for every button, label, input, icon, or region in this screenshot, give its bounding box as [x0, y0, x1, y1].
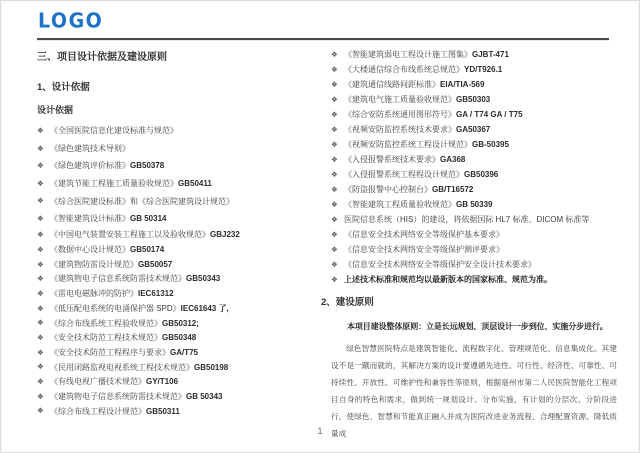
- list-item-text: 《绿色建筑评价标准》: [50, 160, 130, 171]
- list-item: ❖《安全技术防范工程技术规范》GB50348: [37, 330, 321, 345]
- logo: LOGO: [38, 9, 103, 33]
- standard-code: GA/T75: [170, 348, 198, 357]
- standard-code: IEC61312: [138, 289, 174, 298]
- list-item: ❖《视频安防监控系统工程设计规范》GB-50395: [331, 137, 617, 152]
- diamond-bullet-icon: ❖: [37, 393, 50, 401]
- diamond-bullet-icon: ❖: [331, 216, 344, 224]
- list-item-text: 《防盗报警中心控制台》: [344, 184, 432, 195]
- list-item-text: 《雷电电磁脉冲的防护》: [50, 288, 138, 299]
- diamond-bullet-icon: ❖: [37, 378, 50, 386]
- list-item: ❖《智能建筑设计标准》GB 50314: [37, 210, 321, 228]
- diamond-bullet-icon: ❖: [331, 156, 344, 164]
- section2-title: 2、建设原则: [321, 296, 617, 309]
- standard-code: GA368: [440, 155, 465, 164]
- diamond-bullet-icon: ❖: [331, 81, 344, 89]
- list-item: ❖上述技术标准和规范均以最新版本的国家标准、规范为准。: [331, 272, 617, 287]
- list-item: ❖《入侵报警系统技术要求》GA368: [331, 152, 617, 167]
- diamond-bullet-icon: ❖: [331, 111, 344, 119]
- list-item: ❖《低压配电系统的电涌保护器 SPD》IEC61643 了,: [37, 301, 321, 316]
- list-item-text: 《建筑物防雷设计规范》: [50, 259, 138, 270]
- list-item-text: 《有线电视广播技术规范》: [50, 376, 146, 387]
- list-item-text: 《智能建筑工程质量验收规范》: [344, 199, 456, 210]
- list-item-text: 《智能建筑设计标准》: [50, 213, 130, 224]
- diamond-bullet-icon: ❖: [37, 349, 50, 357]
- list-item: ❖《建筑节能工程施工质量验收规范》GB50411: [37, 175, 321, 193]
- list-item: ❖《入侵报警系统工程程设计规范》GB50396: [331, 167, 617, 182]
- standard-code: GB 50339: [456, 200, 492, 209]
- list-item-text: 《建筑节能工程施工质量验收规范》: [50, 178, 178, 189]
- diamond-bullet-icon: ❖: [331, 246, 344, 254]
- diamond-bullet-icon: ❖: [37, 363, 50, 371]
- list-item-text: 《信息安全技术网络安全等级保护基本要求》: [344, 229, 504, 240]
- diamond-bullet-icon: ❖: [37, 127, 50, 135]
- list-item: ❖《绿色建筑评价标准》GB50378: [37, 157, 321, 175]
- standard-code: GB-50395: [472, 140, 509, 149]
- list-item: ❖《民用闭路监视电视系统工程技术规范》GB50198: [37, 360, 321, 375]
- list-item: ❖《综合安防系统通用图形符号》GA / T74 GA / T75: [331, 107, 617, 122]
- standard-code: GB50174: [130, 245, 164, 254]
- standard-code: GB50411: [178, 179, 212, 188]
- standard-code: GJBT-471: [472, 50, 509, 59]
- diamond-bullet-icon: ❖: [37, 180, 50, 188]
- section-title: 三、项目设计依据及建设原则: [37, 51, 321, 64]
- standards-list-left: ❖《全国医院信息化建设标准与规范》❖《绿色建筑技术导则》❖《绿色建筑评价标准》G…: [37, 122, 321, 419]
- standard-code: GB 50343: [186, 392, 222, 401]
- standard-code: GB50303: [456, 95, 490, 104]
- list-item: ❖《综合布线系统工程验收规范》 GB50312;: [37, 316, 321, 331]
- diamond-bullet-icon: ❖: [331, 51, 344, 59]
- diamond-bullet-icon: ❖: [331, 96, 344, 104]
- list-item: ❖《信息安全技术网络安全等级保护测评要求》: [331, 242, 617, 257]
- list-item: ❖《建筑通信线路间距标准》 EIA/TIA-569: [331, 77, 617, 92]
- diamond-bullet-icon: ❖: [331, 171, 344, 179]
- list-item-text: 《低压配电系统的电涌保护器 SPD》: [50, 303, 181, 314]
- list-item-text: 《综合布线工程设计规范》: [50, 406, 146, 417]
- diamond-bullet-icon: ❖: [331, 141, 344, 149]
- list-item: ❖医院信息系统（HIS）的建设，将依据国际 HL7 标准、DICOM 标准等: [331, 212, 617, 227]
- list-item: ❖《综合医院建设标准》和《综合医院建筑设计规范》: [37, 192, 321, 210]
- standard-code: IEC61643 了,: [181, 303, 229, 314]
- diamond-bullet-icon: ❖: [37, 145, 50, 153]
- standard-code: GB50348: [162, 333, 196, 342]
- diamond-bullet-icon: ❖: [37, 261, 50, 269]
- list-item: ❖《信息安全技术网络安全等级保护安全设计技术要求》: [331, 257, 617, 272]
- diamond-bullet-icon: ❖: [331, 126, 344, 134]
- list-item: ❖《建筑电气施工质量验收规范》 GB50303: [331, 92, 617, 107]
- standard-code: EIA/TIA-569: [440, 80, 484, 89]
- diamond-bullet-icon: ❖: [331, 276, 344, 284]
- list-item-text: 《综合安防系统通用图形符号》: [344, 109, 456, 120]
- document-page: LOGO 三、项目设计依据及建设原则 1、设计依据 设计依据 ❖《全国医院信息化…: [0, 0, 640, 453]
- standard-code: GB50198: [194, 363, 228, 372]
- list-item-text: 《民用闭路监视电视系统工程技术规范》: [50, 362, 194, 373]
- list-item-text: 《综合医院建设标准》和《综合医院建筑设计规范》: [50, 196, 234, 207]
- list-item-text: 《信息安全技术网络安全等级保护安全设计技术要求》: [344, 259, 536, 270]
- list-item: ❖《视频安防监控系统技术要求》GA50367: [331, 122, 617, 137]
- principle-paragraph: 本项目建设整体原则：立是长远规划、顶层设计一步到位、实施分步进行。: [331, 320, 617, 333]
- standard-code: GB50396: [464, 170, 498, 179]
- list-item: ❖《建筑物防雷设计规范》GB50057: [37, 257, 321, 272]
- list-item-text: 《全国医院信息化建设标准与规范》: [50, 125, 178, 136]
- diamond-bullet-icon: ❖: [331, 231, 344, 239]
- list-item: ❖《有线电视广播技术规范》GY/T106: [37, 374, 321, 389]
- right-column: ❖《智能建筑弱电工程设计施工图集》GJBT-471❖《大楼通信综合布线系统总规范…: [331, 42, 617, 442]
- list-item-text: 《安全技术防范工程程序与要求》: [50, 347, 170, 358]
- list-item: ❖《雷电电磁脉冲的防护》IEC61312: [37, 286, 321, 301]
- diamond-bullet-icon: ❖: [37, 275, 50, 283]
- list-item-text: 《视频安防监控系统工程设计规范》: [344, 139, 472, 150]
- list-item: ❖《安全技术防范工程程序与要求》GA/T75: [37, 345, 321, 360]
- standard-code: YD/T926.1: [464, 65, 502, 74]
- diamond-bullet-icon: ❖: [331, 201, 344, 209]
- list-item-text: 《信息安全技术网络安全等级保护测评要求》: [344, 244, 504, 255]
- standard-code: GB50311: [146, 407, 180, 416]
- diamond-bullet-icon: ❖: [37, 197, 50, 205]
- diamond-bullet-icon: ❖: [331, 261, 344, 269]
- diamond-bullet-icon: ❖: [37, 319, 50, 327]
- subsection-title: 1、设计依据: [37, 81, 321, 94]
- standard-code: GA50367: [456, 125, 490, 134]
- list-item-text: 《绿色建筑技术导则》: [50, 143, 130, 154]
- list-item: ❖《防盗报警中心控制台》GB/T16572: [331, 182, 617, 197]
- diamond-bullet-icon: ❖: [331, 186, 344, 194]
- list-item: ❖《大楼通信综合布线系统总规范》YD/T926.1: [331, 62, 617, 77]
- list-item-text: 《数据中心设计规范》: [50, 244, 130, 255]
- list-item: ❖《建筑物电子信息系统防雷技术规范》GB50343: [37, 272, 321, 287]
- diamond-bullet-icon: ❖: [37, 246, 50, 254]
- list-item: ❖《中国电气装置安装工程施工以及验收规范》 GBJ232: [37, 228, 321, 243]
- page-number: 1: [1, 426, 639, 436]
- list-caption: 设计依据: [37, 104, 321, 117]
- list-item: ❖《全国医院信息化建设标准与规范》: [37, 122, 321, 140]
- list-item: ❖《绿色建筑技术导则》: [37, 140, 321, 158]
- diamond-bullet-icon: ❖: [37, 162, 50, 170]
- standard-code: GB50343: [186, 274, 220, 283]
- list-item-text: 医院信息系统（HIS）的建设，将依据国际 HL7 标准、DICOM 标准等: [344, 214, 589, 225]
- left-column: 三、项目设计依据及建设原则 1、设计依据 设计依据 ❖《全国医院信息化建设标准与…: [37, 48, 321, 419]
- list-item-text: 《智能建筑弱电工程设计施工图集》: [344, 49, 472, 60]
- diamond-bullet-icon: ❖: [37, 334, 50, 342]
- list-item: ❖《信息安全技术网络安全等级保护基本要求》: [331, 227, 617, 242]
- standard-code: GB50057: [138, 260, 172, 269]
- list-item-text: 《安全技术防范工程技术规范》: [50, 332, 162, 343]
- header-divider: [37, 38, 609, 41]
- list-item-text: 《建筑通信线路间距标准》: [344, 79, 440, 90]
- list-item-text: 《入侵报警系统工程程设计规范》: [344, 169, 464, 180]
- standard-code: GB 50314: [130, 214, 166, 223]
- standard-code: GB50312;: [162, 319, 199, 328]
- diamond-bullet-icon: ❖: [37, 305, 50, 313]
- standards-list-right: ❖《智能建筑弱电工程设计施工图集》GJBT-471❖《大楼通信综合布线系统总规范…: [331, 47, 617, 287]
- diamond-bullet-icon: ❖: [37, 290, 50, 298]
- list-item: ❖《智能建筑工程质量验收规范》GB 50339: [331, 197, 617, 212]
- list-item-text: 《建筑物电子信息系统防雷技术规范》: [50, 273, 186, 284]
- list-item: ❖《智能建筑弱电工程设计施工图集》GJBT-471: [331, 47, 617, 62]
- list-item-text: 《大楼通信综合布线系统总规范》: [344, 64, 464, 75]
- diamond-bullet-icon: ❖: [37, 231, 50, 239]
- standard-code: GA / T74 GA / T75: [456, 110, 523, 119]
- standard-code: GBJ232: [210, 230, 240, 239]
- list-item-text: 上述技术标准和规范均以最新版本的国家标准、规范为准。: [344, 274, 552, 285]
- list-item-text: 《建筑电气施工质量验收规范》: [344, 94, 456, 105]
- list-item-text: 《综合布线系统工程验收规范》: [50, 318, 162, 329]
- list-item: ❖《数据中心设计规范》GB50174: [37, 242, 321, 257]
- list-item-text: 《建筑物电子信息系统防雷技术规范》: [50, 391, 186, 402]
- list-item: ❖《综合布线工程设计规范》 GB50311: [37, 404, 321, 419]
- standard-code: GB50378: [130, 161, 164, 170]
- list-item-text: 《入侵报警系统技术要求》: [344, 154, 440, 165]
- list-item-text: 《中国电气装置安装工程施工以及验收规范》: [50, 229, 210, 240]
- standard-code: GY/T106: [146, 377, 178, 386]
- diamond-bullet-icon: ❖: [37, 407, 50, 415]
- list-item: ❖《建筑物电子信息系统防雷技术规范》GB 50343: [37, 389, 321, 404]
- standard-code: GB/T16572: [432, 185, 473, 194]
- diamond-bullet-icon: ❖: [37, 215, 50, 223]
- list-item-text: 《视频安防监控系统技术要求》: [344, 124, 456, 135]
- diamond-bullet-icon: ❖: [331, 66, 344, 74]
